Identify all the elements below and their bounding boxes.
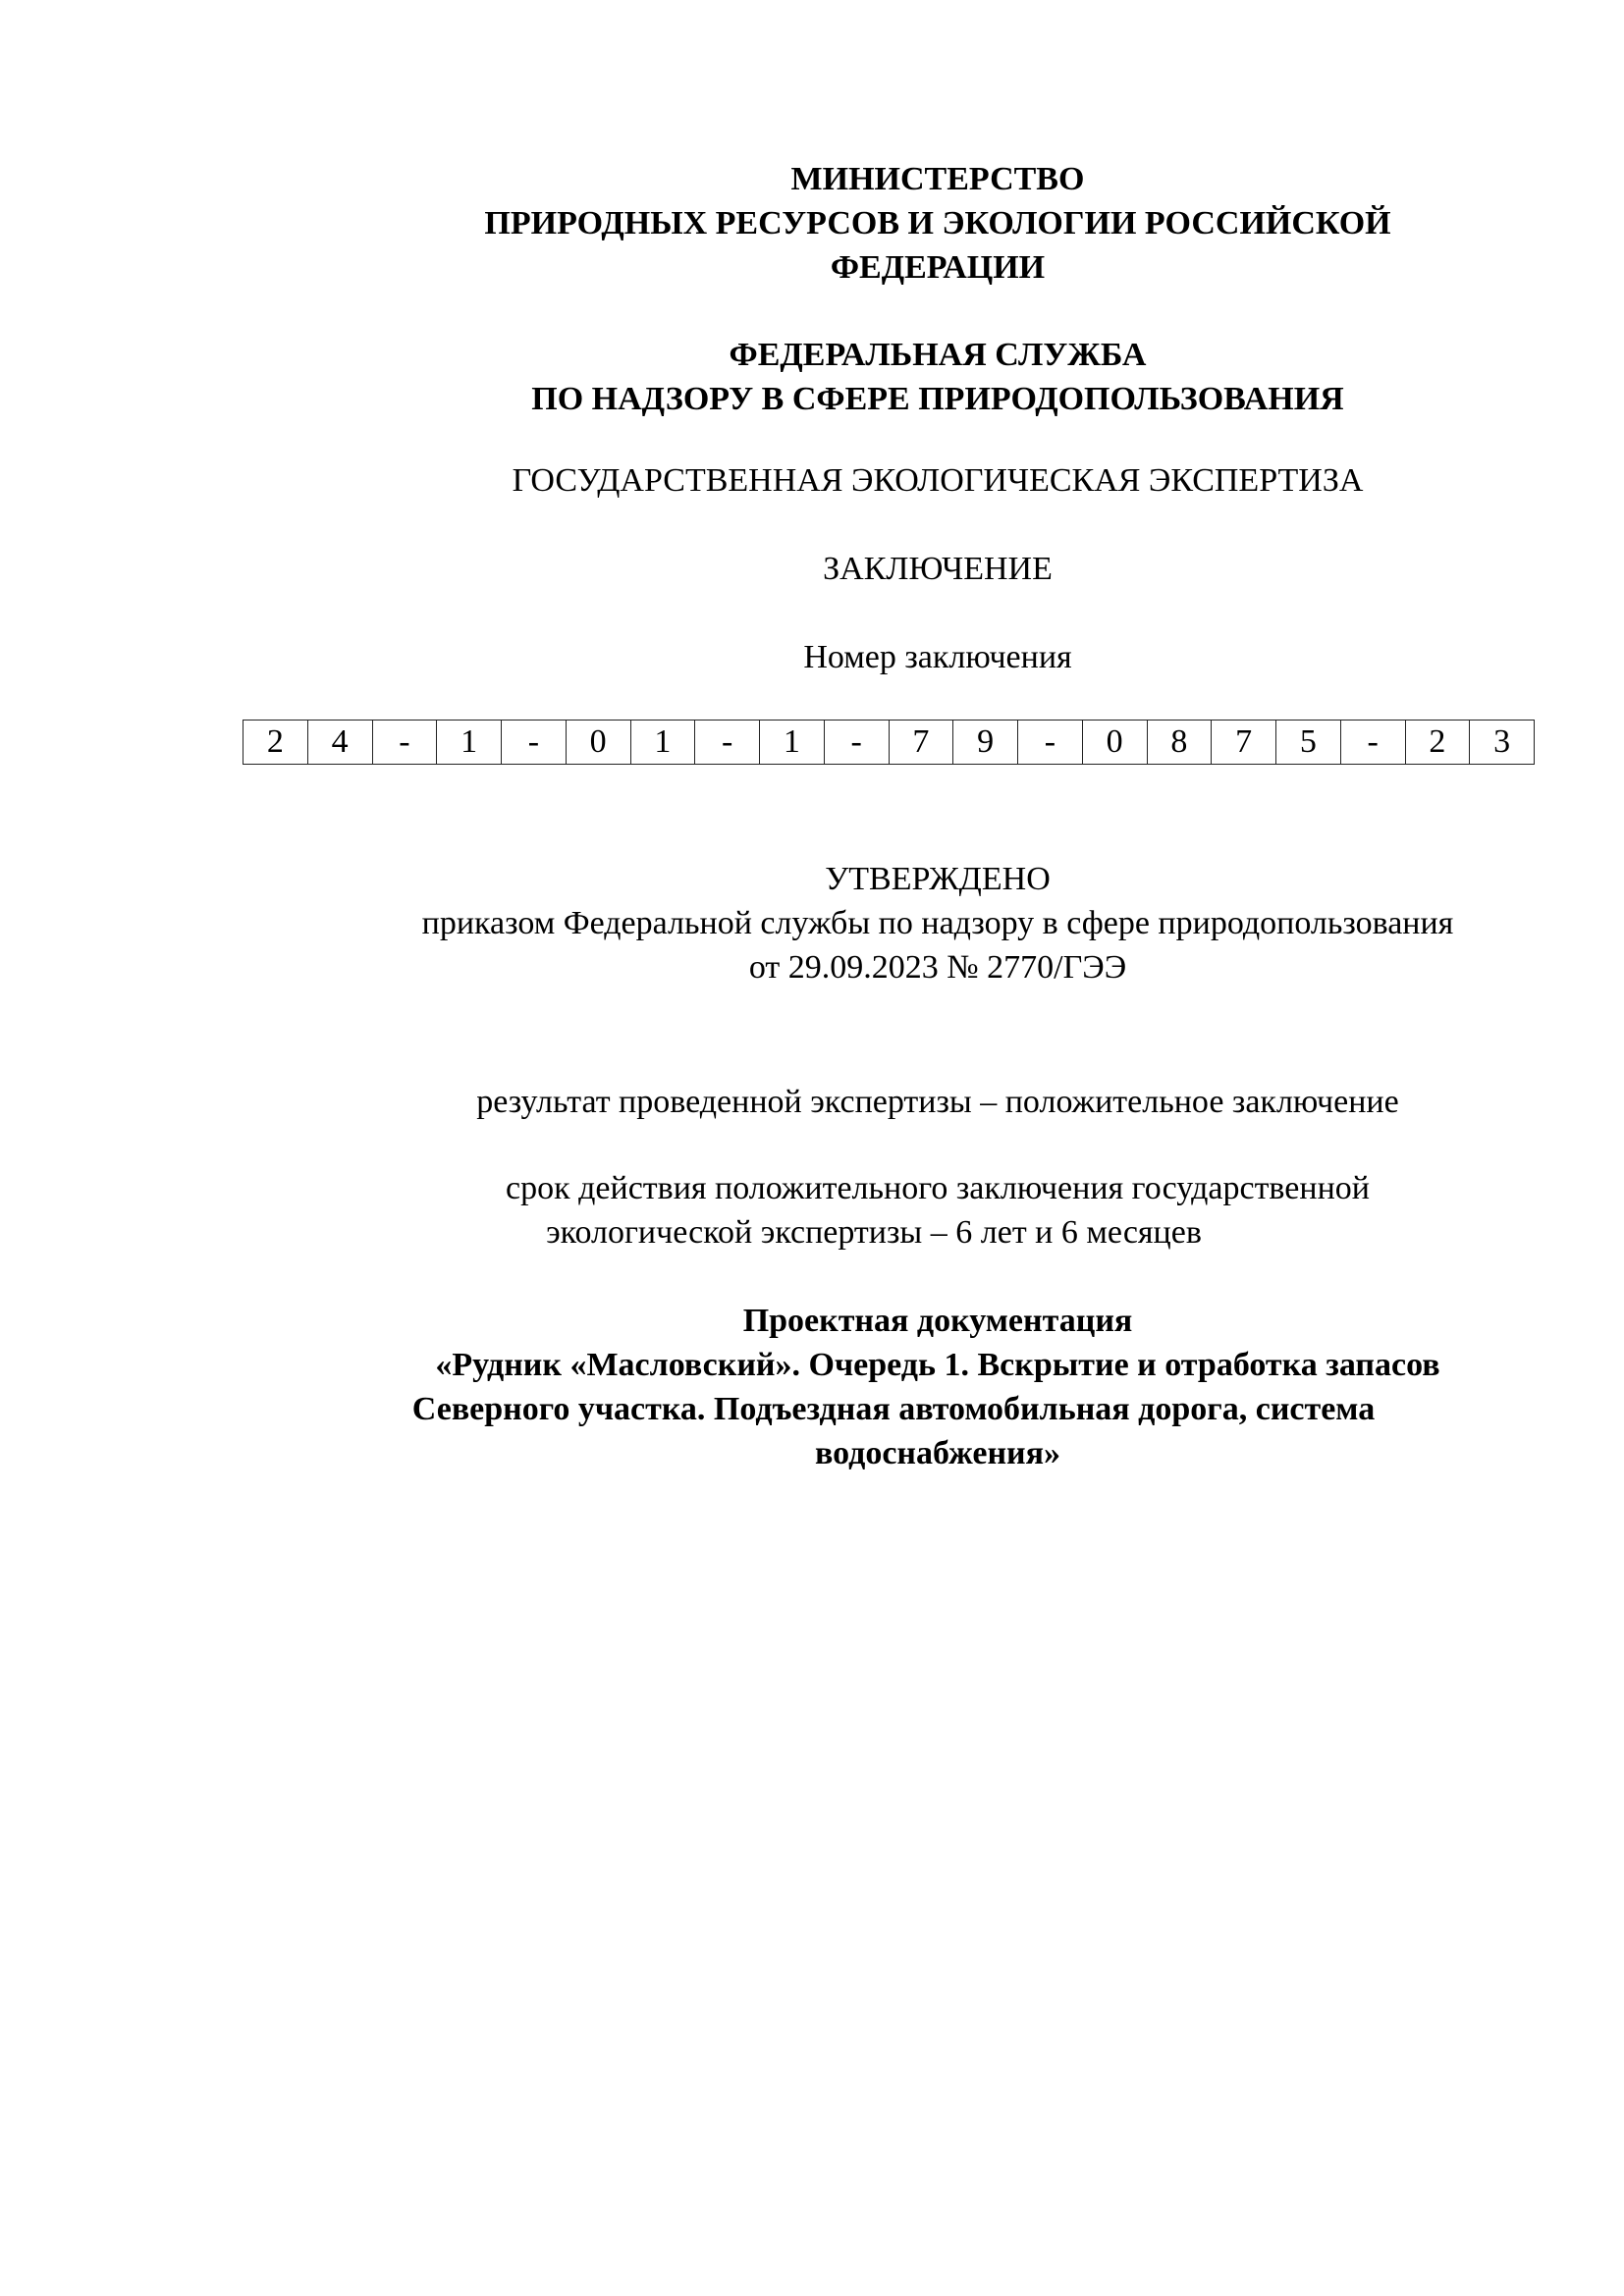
conclusion-number-cell: 8 <box>1147 721 1212 765</box>
conclusion-number-cell: 0 <box>1082 721 1147 765</box>
validity-line: срок действия положительного заключения … <box>250 1166 1624 1210</box>
service-heading-line: ФЕДЕРАЛЬНАЯ СЛУЖБА <box>250 333 1624 377</box>
service-heading: ФЕДЕРАЛЬНАЯ СЛУЖБА ПО НАДЗОРУ В СФЕРЕ ПР… <box>250 333 1624 421</box>
conclusion-title: ЗАКЛЮЧЕНИЕ <box>250 547 1624 591</box>
approval-order-ref: от 29.09.2023 № 2770/ГЭЭ <box>250 945 1624 989</box>
conclusion-number-table: 24-1-01-1-79-0875-23 <box>243 720 1535 765</box>
project-title: Проектная документация «Рудник «Масловск… <box>250 1299 1624 1475</box>
ministry-heading-line: ПРИРОДНЫХ РЕСУРСОВ И ЭКОЛОГИИ РОССИЙСКОЙ <box>250 201 1624 245</box>
conclusion-number-cell: 1 <box>630 721 695 765</box>
conclusion-number-cell: - <box>695 721 760 765</box>
conclusion-number-cell: - <box>502 721 567 765</box>
conclusion-number-cell: 1 <box>437 721 502 765</box>
validity-line: экологической экспертизы – 6 лет и 6 мес… <box>250 1210 1624 1255</box>
conclusion-number-cell: 9 <box>953 721 1018 765</box>
conclusion-number-cell: 4 <box>307 721 372 765</box>
conclusion-number-cell: - <box>824 721 889 765</box>
conclusion-number-cell: - <box>1340 721 1405 765</box>
conclusion-number-cell: 7 <box>889 721 953 765</box>
conclusion-number-cell: 7 <box>1212 721 1276 765</box>
expertise-title: ГОСУДАРСТВЕННАЯ ЭКОЛОГИЧЕСКАЯ ЭКСПЕРТИЗА <box>250 458 1624 503</box>
expertise-result: результат проведенной экспертизы – полож… <box>250 1080 1624 1124</box>
ministry-heading-line: МИНИСТЕРСТВО <box>250 157 1624 201</box>
conclusion-number-cell: 1 <box>760 721 825 765</box>
conclusion-number-cell: 0 <box>566 721 630 765</box>
conclusion-number-cell: 2 <box>244 721 308 765</box>
project-title-line: водоснабжения» <box>250 1431 1624 1475</box>
conclusion-number-cell: 5 <box>1276 721 1341 765</box>
project-title-line: «Рудник «Масловский». Очередь 1. Вскрыти… <box>250 1343 1624 1387</box>
approval-block: УТВЕРЖДЕНО приказом Федеральной службы п… <box>250 857 1624 989</box>
validity-period: срок действия положительного заключения … <box>250 1166 1624 1255</box>
project-title-line: Северного участка. Подъездная автомобиль… <box>250 1387 1624 1431</box>
conclusion-number-label: Номер заключения <box>250 635 1624 679</box>
approval-order-line: приказом Федеральной службы по надзору в… <box>250 901 1624 945</box>
service-heading-line: ПО НАДЗОРУ В СФЕРЕ ПРИРОДОПОЛЬЗОВАНИЯ <box>250 377 1624 421</box>
ministry-heading: МИНИСТЕРСТВО ПРИРОДНЫХ РЕСУРСОВ И ЭКОЛОГ… <box>250 157 1624 290</box>
project-title-line: Проектная документация <box>250 1299 1624 1343</box>
ministry-heading-line: ФЕДЕРАЦИИ <box>250 245 1624 290</box>
approval-title: УТВЕРЖДЕНО <box>250 857 1624 901</box>
conclusion-number-cell: 2 <box>1405 721 1470 765</box>
conclusion-number-row: 24-1-01-1-79-0875-23 <box>244 721 1535 765</box>
conclusion-number-cell: - <box>1018 721 1083 765</box>
conclusion-number-cell: 3 <box>1470 721 1535 765</box>
conclusion-number-cell: - <box>372 721 437 765</box>
